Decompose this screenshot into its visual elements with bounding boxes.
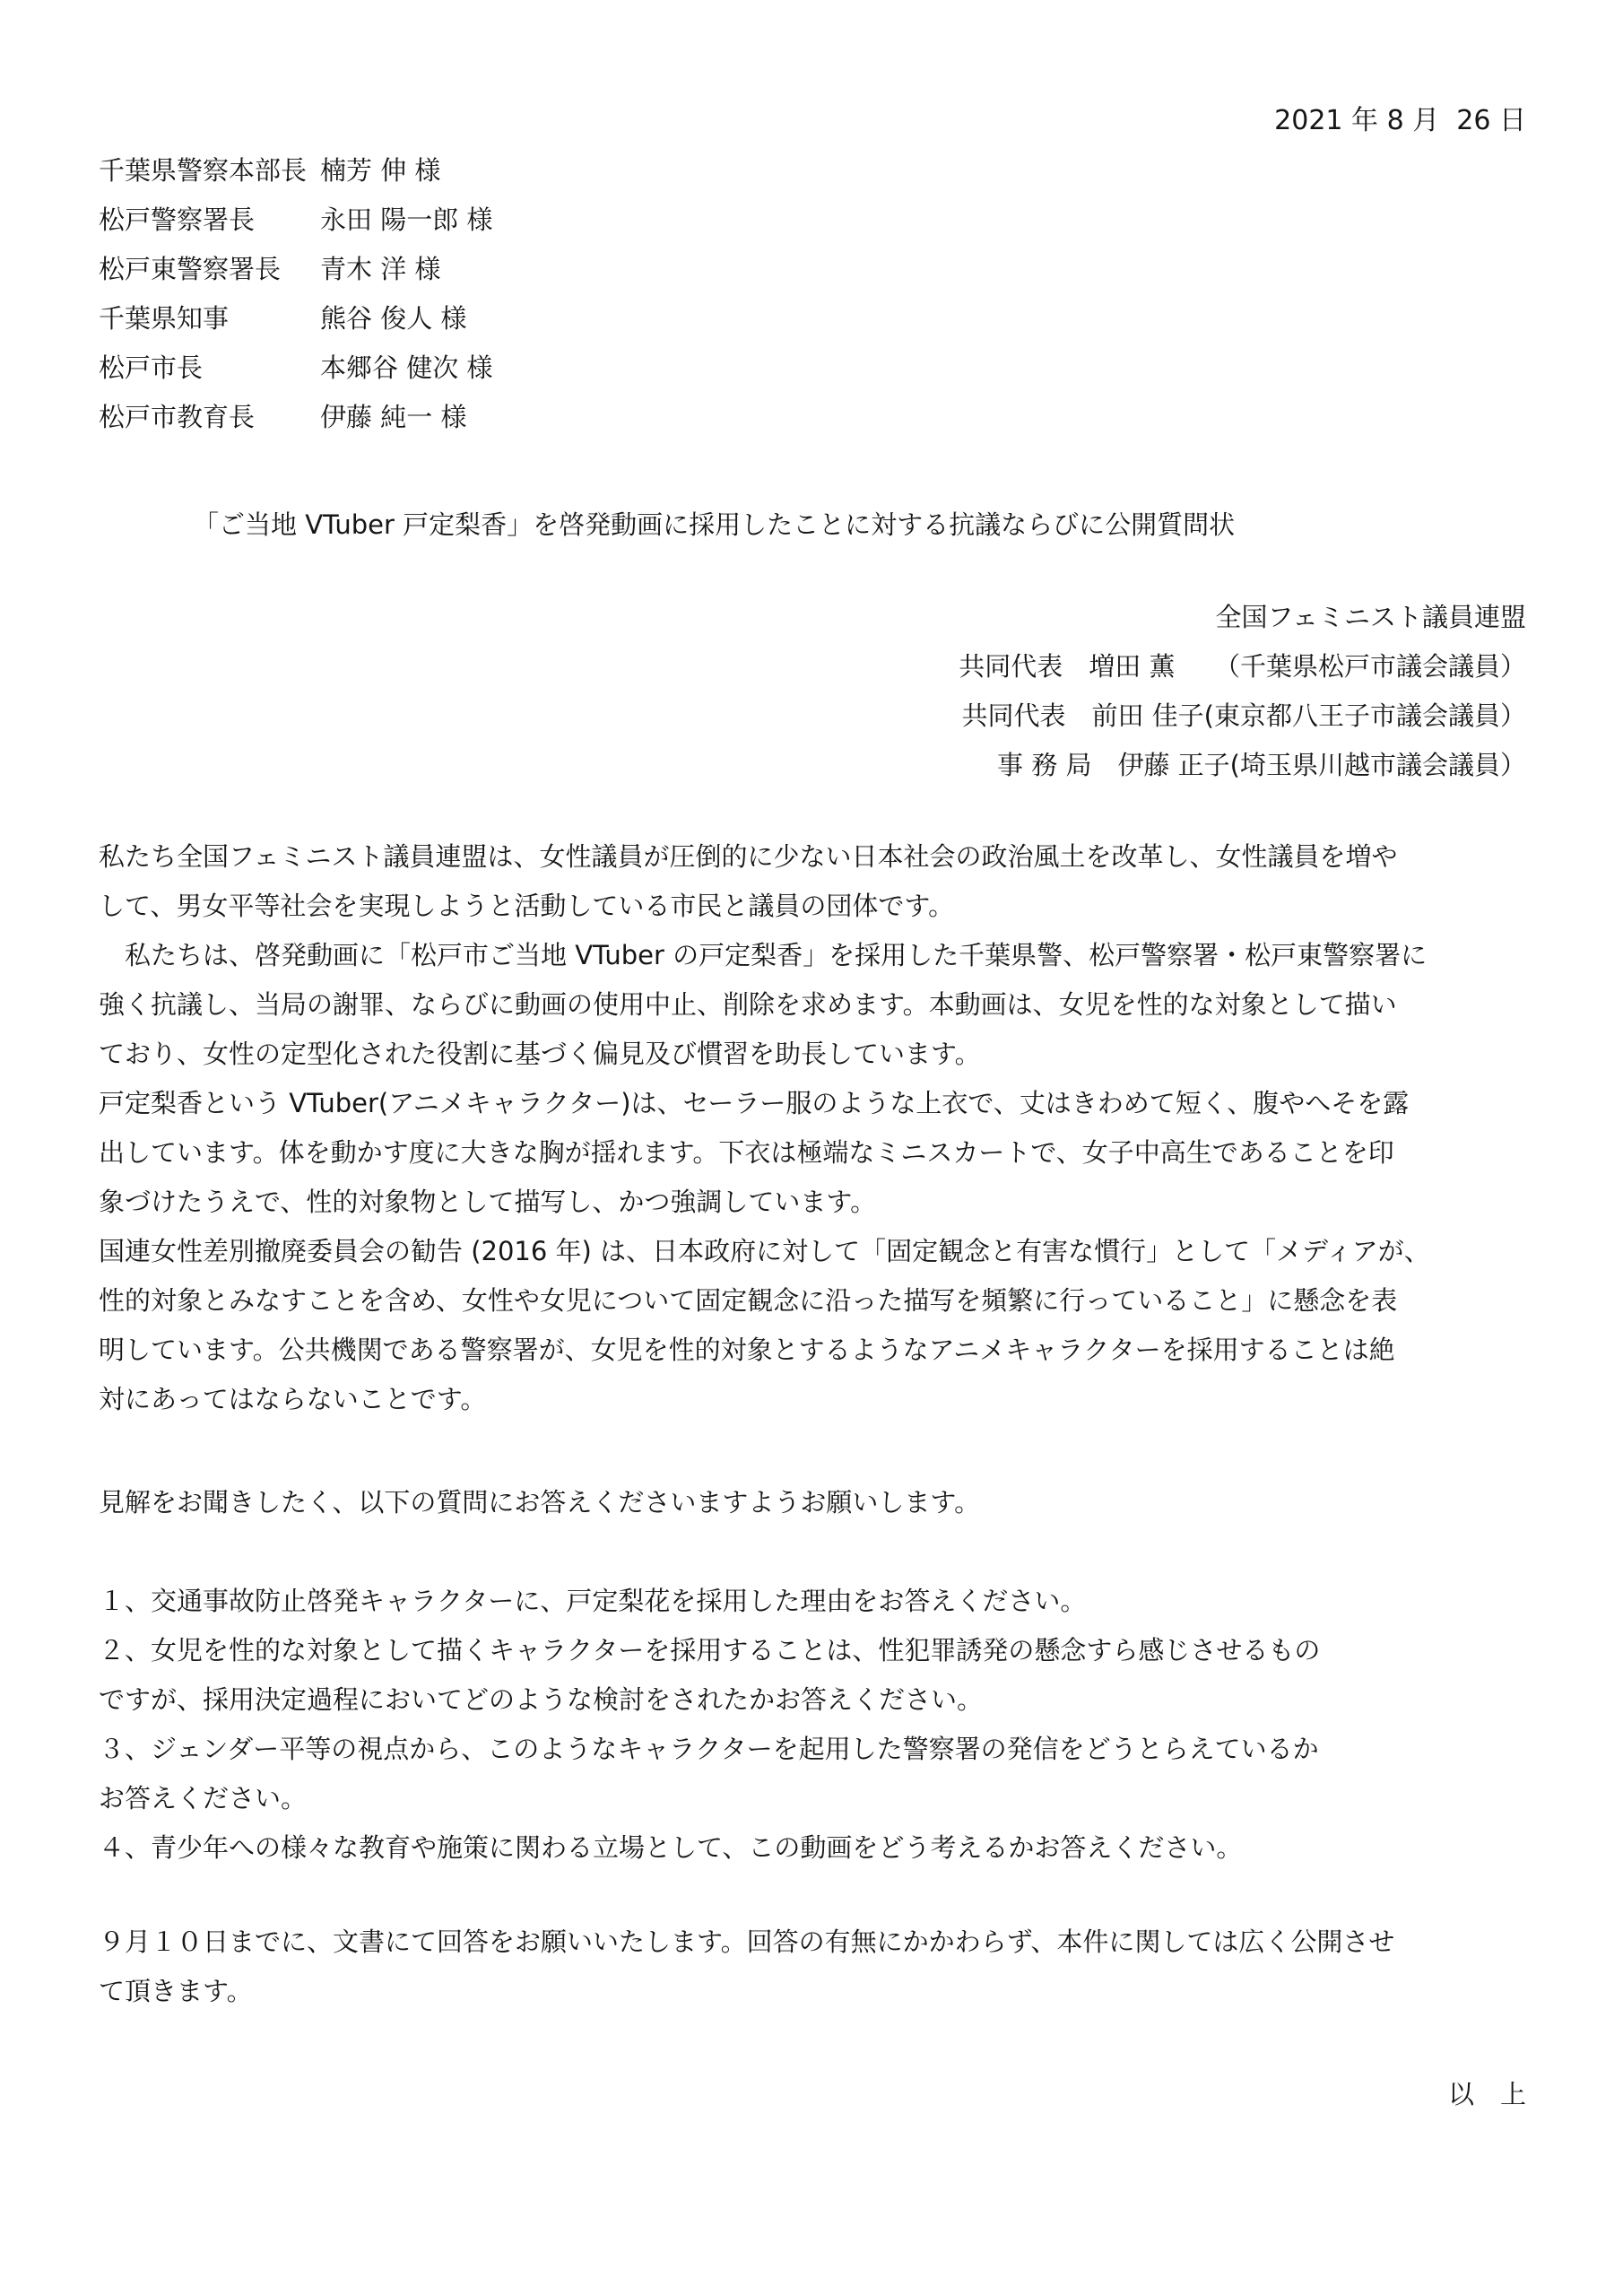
question-line: お答えください。: [99, 1780, 1533, 1816]
body-line: 私たち全国フェミニスト議員連盟は、女性議員が圧倒的に少ない日本社会の政治風土を改…: [99, 839, 1533, 874]
body-line: して、男女平等社会を実現しようと活動している市民と議員の団体です。: [99, 888, 1533, 924]
addressee-name: 伊藤 純一 様: [320, 399, 466, 435]
body-line: 戸定梨香という VTuber(アニメキャラクター)は、セーラー服のような上衣で、…: [99, 1085, 1533, 1121]
addressee-name: 本郷谷 健次 様: [320, 350, 492, 386]
body-line: 象づけたうえで、性的対象物として描写し、かつ強調しています。: [99, 1184, 1533, 1220]
addressee-name: 永田 陽一郎 様: [320, 202, 492, 238]
sign-off: 以 上: [1448, 2076, 1526, 2112]
body-line: 性的対象とみなすことを含め、女性や女児について固定観念に沿った描写を頻繁に行って…: [99, 1283, 1533, 1318]
addressee-role: 千葉県警察本部長: [99, 152, 307, 188]
closing-line: ９月１０日までに、文書にて回答をお願いいたします。回答の有無にかかわらず、本件に…: [99, 1924, 1533, 1960]
request-intro: 見解をお聞きしたく、以下の質問にお答えくださいますようお願いします。: [99, 1484, 1533, 1520]
sender-member: 共同代表 増田 薫 （千葉県松戸市議会議員）: [959, 648, 1526, 684]
body-line: 強く抗議し、当局の謝罪、ならびに動画の使用中止、削除を求めます。本動画は、女児を…: [99, 987, 1533, 1022]
sender-organization: 全国フェミニスト議員連盟: [1215, 599, 1526, 635]
letter-date: 2021 年 8 月 26 日: [1274, 103, 1526, 139]
sender-member: 共同代表 前田 佳子(東京都八王子市議会議員）: [961, 698, 1526, 734]
addressee-role: 松戸市長: [99, 350, 203, 386]
question-line: ２、女児を性的な対象として描くキャラクターを採用することは、性犯罪誘発の懸念すら…: [99, 1632, 1533, 1668]
body-line: 明しています。公共機関である警察署が、女児を性的対象とするようなアニメキャラクタ…: [99, 1332, 1533, 1368]
addressee-role: 松戸警察署長: [99, 202, 255, 238]
question-line: ４、青少年への様々な教育や施策に関わる立場として、この動画をどう考えるかお答えく…: [99, 1830, 1533, 1865]
sender-member: 事 務 局 伊藤 正子(埼玉県川越市議会議員）: [997, 747, 1526, 783]
question-line: ですが、採用決定過程においてどのような検討をされたかお答えください。: [99, 1682, 1533, 1718]
body-line: ており、女性の定型化された役割に基づく偏見及び慣習を助長しています。: [99, 1036, 1533, 1072]
question-line: ３、ジェンダー平等の視点から、このようなキャラクターを起用した警察署の発信をどう…: [99, 1731, 1533, 1767]
closing-line: て頂きます。: [99, 1973, 1533, 2009]
body-line: 国連女性差別撤廃委員会の勧告 (2016 年) は、日本政府に対して「固定観念と…: [99, 1233, 1533, 1269]
addressee-name: 楠芳 伸 様: [320, 152, 440, 188]
body-line: 対にあってはならないことです。: [99, 1381, 1533, 1417]
letter-title: 「ご当地 VTuber 戸定梨香」を啓発動画に採用したことに対する抗議ならびに公…: [193, 507, 1235, 543]
addressee-name: 青木 洋 様: [320, 251, 440, 287]
addressee-name: 熊谷 俊人 様: [320, 300, 466, 336]
body-line: 私たちは、啓発動画に「松戸市ご当地 VTuber の戸定梨香」を採用した千葉県警…: [99, 937, 1533, 973]
question-line: １、交通事故防止啓発キャラクターに、戸定梨花を採用した理由をお答えください。: [99, 1583, 1533, 1619]
addressee-role: 千葉県知事: [99, 300, 229, 336]
addressee-role: 松戸市教育長: [99, 399, 255, 435]
addressee-role: 松戸東警察署長: [99, 251, 281, 287]
body-line: 出しています。体を動かす度に大きな胸が揺れます。下衣は極端なミニスカートで、女子…: [99, 1135, 1533, 1170]
